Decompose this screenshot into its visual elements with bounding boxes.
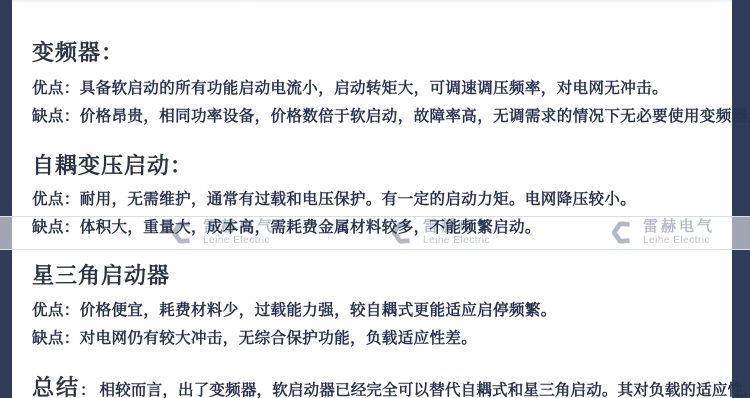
section-heading-star-delta: 星三角启动器 (32, 259, 170, 290)
summary-colon: ： (80, 378, 96, 398)
section-heading-autotransformer: 自耦变压启动： (32, 149, 193, 180)
summary-line: 总结：相较而言，出了变频器，软启动器已经完全可以替代自耦式和星三角启动。其对负载… (32, 371, 750, 398)
autotransformer-pros-line: 优点：耐用，无需维护，通常有过载和电压保护。有一定的启动力矩。电网降压较小。 (32, 187, 636, 209)
section-heading-inverter: 变频器： (32, 36, 124, 67)
star-delta-pros-line: 优点：价格便宜，耗费材料少，过载能力强，较自耦式更能适应启停频繁。 (32, 298, 557, 320)
autotransformer-cons-line: 缺点：体积大，重量大，成本高，需耗费金属材料较多，不能频繁启动。 (32, 215, 541, 237)
star-delta-cons-line: 缺点：对电网仍有较大冲击，无综合保护功能，负载适应性差。 (32, 326, 477, 348)
summary-label: 总结 (32, 371, 80, 398)
inverter-cons-line: 缺点：价格昂贵，相同功率设备，价格数倍于软启动，故障率高，无调需求的情况下无必要… (32, 104, 750, 126)
inverter-pros-line: 优点：具备软启动的所有功能启动电流小，启动转矩大，可调速调压频率，对电网无冲击。 (32, 76, 668, 98)
article-content: 变频器： 优点：具备软启动的所有功能启动电流小，启动转矩大，可调速调压频率，对电… (0, 0, 750, 398)
summary-body-text: 相较而言，出了变频器，软启动器已经完全可以替代自耦式和星三角启动。其对负载的适应… (100, 378, 750, 398)
